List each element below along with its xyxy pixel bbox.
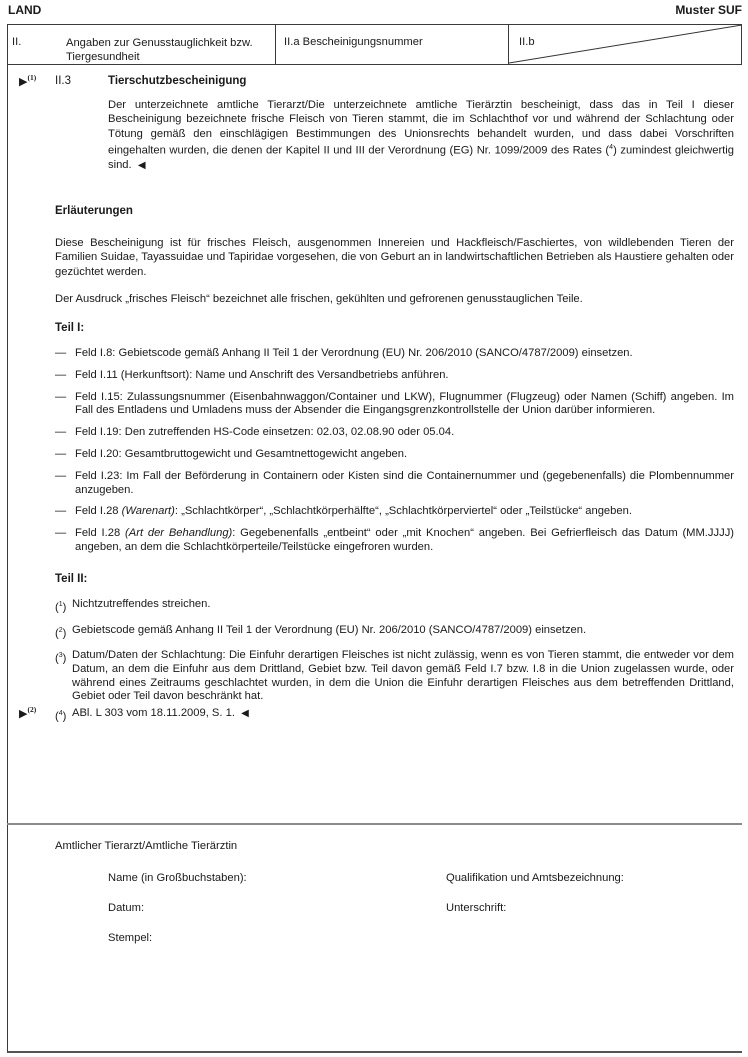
name-field[interactable]: Name (in Großbuchstaben):	[108, 872, 247, 884]
section-label: Angaben zur Genusstauglichkeit bzw. Tier…	[66, 36, 266, 64]
date-field[interactable]: Datum:	[108, 902, 144, 914]
amendment-marker: ▶(1)	[19, 73, 36, 88]
certificate-number-cell[interactable]: II.a Bescheinigungsnummer	[276, 25, 509, 64]
stamp-field[interactable]: Stempel:	[108, 932, 152, 944]
amendment-marker-2: ▶(2)	[19, 705, 36, 720]
notes-definition: Der Ausdruck „frisches Fleisch“ bezeichn…	[55, 292, 734, 306]
part2-heading: Teil II:	[55, 573, 87, 585]
reference-cell[interactable]: II.b	[509, 25, 741, 64]
footnote: (3)Datum/Daten der Schlachtung: Die Einf…	[55, 649, 734, 704]
footnote: (1)Nichtzutreffendes streichen.	[55, 598, 734, 616]
model-label: Muster SUF	[675, 3, 742, 17]
strike-diagonal	[509, 25, 742, 64]
signature-divider	[7, 823, 742, 825]
welfare-statement: Der unterzeichnete amtliche Tierarzt/Die…	[108, 98, 734, 173]
footnote-4: (4)ABl. L 303 vom 18.11.2009, S. 1. ◀	[55, 707, 734, 725]
country-label: LAND	[8, 3, 41, 17]
list-item: —Feld I.19: Den zutreffenden HS-Code ein…	[55, 426, 734, 440]
certificate-number-label: II.a Bescheinigungsnummer	[284, 36, 423, 48]
header-row: II. Angaben zur Genusstauglichkeit bzw. …	[7, 24, 742, 65]
section-number: II.	[12, 36, 21, 48]
triangle-left-icon: ◀	[138, 160, 146, 171]
notes-intro: Diese Bescheinigung ist für frisches Fle…	[55, 236, 734, 279]
list-item: —Feld I.15: Zulassungsnummer (Eisenbahnw…	[55, 391, 734, 419]
notes-heading: Erläuterungen	[55, 205, 133, 217]
section-number-ii3: II.3	[55, 75, 71, 87]
section-cell: II. Angaben zur Genusstauglichkeit bzw. …	[8, 25, 276, 64]
part1-list: —Feld I.8: Gebietscode gemäß Anhang II T…	[55, 347, 734, 555]
triangle-left-icon: ◀	[241, 708, 249, 719]
marker-ref: (2)	[27, 705, 36, 714]
list-item: —Feld I.20: Gesamtbruttogewicht und Gesa…	[55, 448, 734, 462]
list-item-treatment: —Feld I.28 (Art der Behandlung): Gegeben…	[55, 527, 734, 555]
marker-ref: (1)	[27, 73, 36, 82]
list-item: —Feld I.11 (Herkunftsort): Name und Ansc…	[55, 369, 734, 383]
signature-title: Amtlicher Tierarzt/Amtliche Tierärztin	[55, 840, 237, 852]
footnote: (2)Gebietscode gemäß Anhang II Teil 1 de…	[55, 624, 734, 642]
qualification-field[interactable]: Qualifikation und Amtsbezeichnung:	[446, 872, 624, 884]
part2-footnotes: (1)Nichtzutreffendes streichen. (2)Gebie…	[55, 598, 734, 704]
signature-field[interactable]: Unterschrift:	[446, 902, 506, 914]
section-title: Tierschutzbescheinigung	[108, 75, 246, 87]
part1-heading: Teil I:	[55, 322, 84, 334]
list-item: —Feld I.23: Im Fall der Beförderung in C…	[55, 470, 734, 498]
list-item: —Feld I.8: Gebietscode gemäß Anhang II T…	[55, 347, 734, 361]
list-item-goods: —Feld I.28 (Warenart): „Schlachtkörper“,…	[55, 505, 734, 519]
reference-label: II.b	[519, 36, 535, 48]
